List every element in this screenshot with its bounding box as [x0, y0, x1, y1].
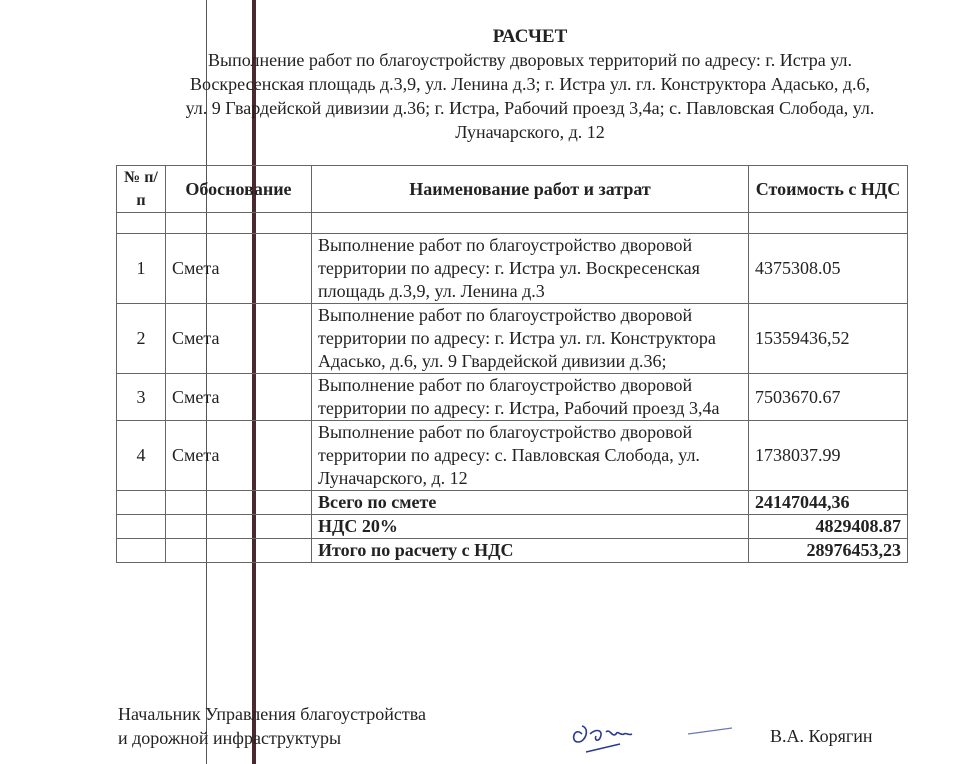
row-cost: 15359436,52	[749, 304, 908, 374]
header-num: № п/п	[117, 166, 166, 213]
signatory-position: Начальник Управления благоустройства и д…	[118, 702, 426, 750]
total-label: Всего по смете	[312, 491, 749, 515]
header-name: Наименование работ и затрат	[312, 166, 749, 213]
total-row: Всего по смете 24147044,36	[117, 491, 908, 515]
row-name: Выполнение работ по благоустройство двор…	[312, 304, 749, 374]
row-basis: Смета	[166, 234, 312, 304]
document-subtitle: Выполнение работ по благоустройству двор…	[180, 48, 880, 144]
grand-total-label: Итого по расчету с НДС	[312, 539, 749, 563]
row-num: 3	[117, 374, 166, 421]
table-row: 1 Смета Выполнение работ по благоустройс…	[117, 234, 908, 304]
row-cost: 7503670.67	[749, 374, 908, 421]
table-header-row: № п/п Обоснование Наименование работ и з…	[117, 166, 908, 213]
empty-row	[117, 213, 908, 234]
table-row: 4 Смета Выполнение работ по благоустройс…	[117, 421, 908, 491]
header-basis: Обоснование	[166, 166, 312, 213]
position-line-1: Начальник Управления благоустройства	[118, 702, 426, 726]
row-num: 2	[117, 304, 166, 374]
row-basis: Смета	[166, 421, 312, 491]
table-row: 2 Смета Выполнение работ по благоустройс…	[117, 304, 908, 374]
signature-icon	[560, 712, 740, 757]
row-cost: 1738037.99	[749, 421, 908, 491]
row-name: Выполнение работ по благоустройство двор…	[312, 421, 749, 491]
calculation-table: № п/п Обоснование Наименование работ и з…	[116, 165, 908, 563]
grand-total-row: Итого по расчету с НДС 28976453,23	[117, 539, 908, 563]
header-cost: Стоимость с НДС	[749, 166, 908, 213]
row-basis: Смета	[166, 374, 312, 421]
row-name: Выполнение работ по благоустройство двор…	[312, 234, 749, 304]
grand-total-value: 28976453,23	[749, 539, 908, 563]
row-num: 1	[117, 234, 166, 304]
position-line-2: и дорожной инфраструктуры	[118, 726, 426, 750]
row-name: Выполнение работ по благоустройство двор…	[312, 374, 749, 421]
row-basis: Смета	[166, 304, 312, 374]
signer-name: В.А. Корягин	[770, 726, 873, 747]
vat-value: 4829408.87	[749, 515, 908, 539]
vat-row: НДС 20% 4829408.87	[117, 515, 908, 539]
total-value: 24147044,36	[749, 491, 908, 515]
row-cost: 4375308.05	[749, 234, 908, 304]
document-title: РАСЧЕТ	[0, 26, 960, 48]
row-num: 4	[117, 421, 166, 491]
vat-label: НДС 20%	[312, 515, 749, 539]
table-row: 3 Смета Выполнение работ по благоустройс…	[117, 374, 908, 421]
